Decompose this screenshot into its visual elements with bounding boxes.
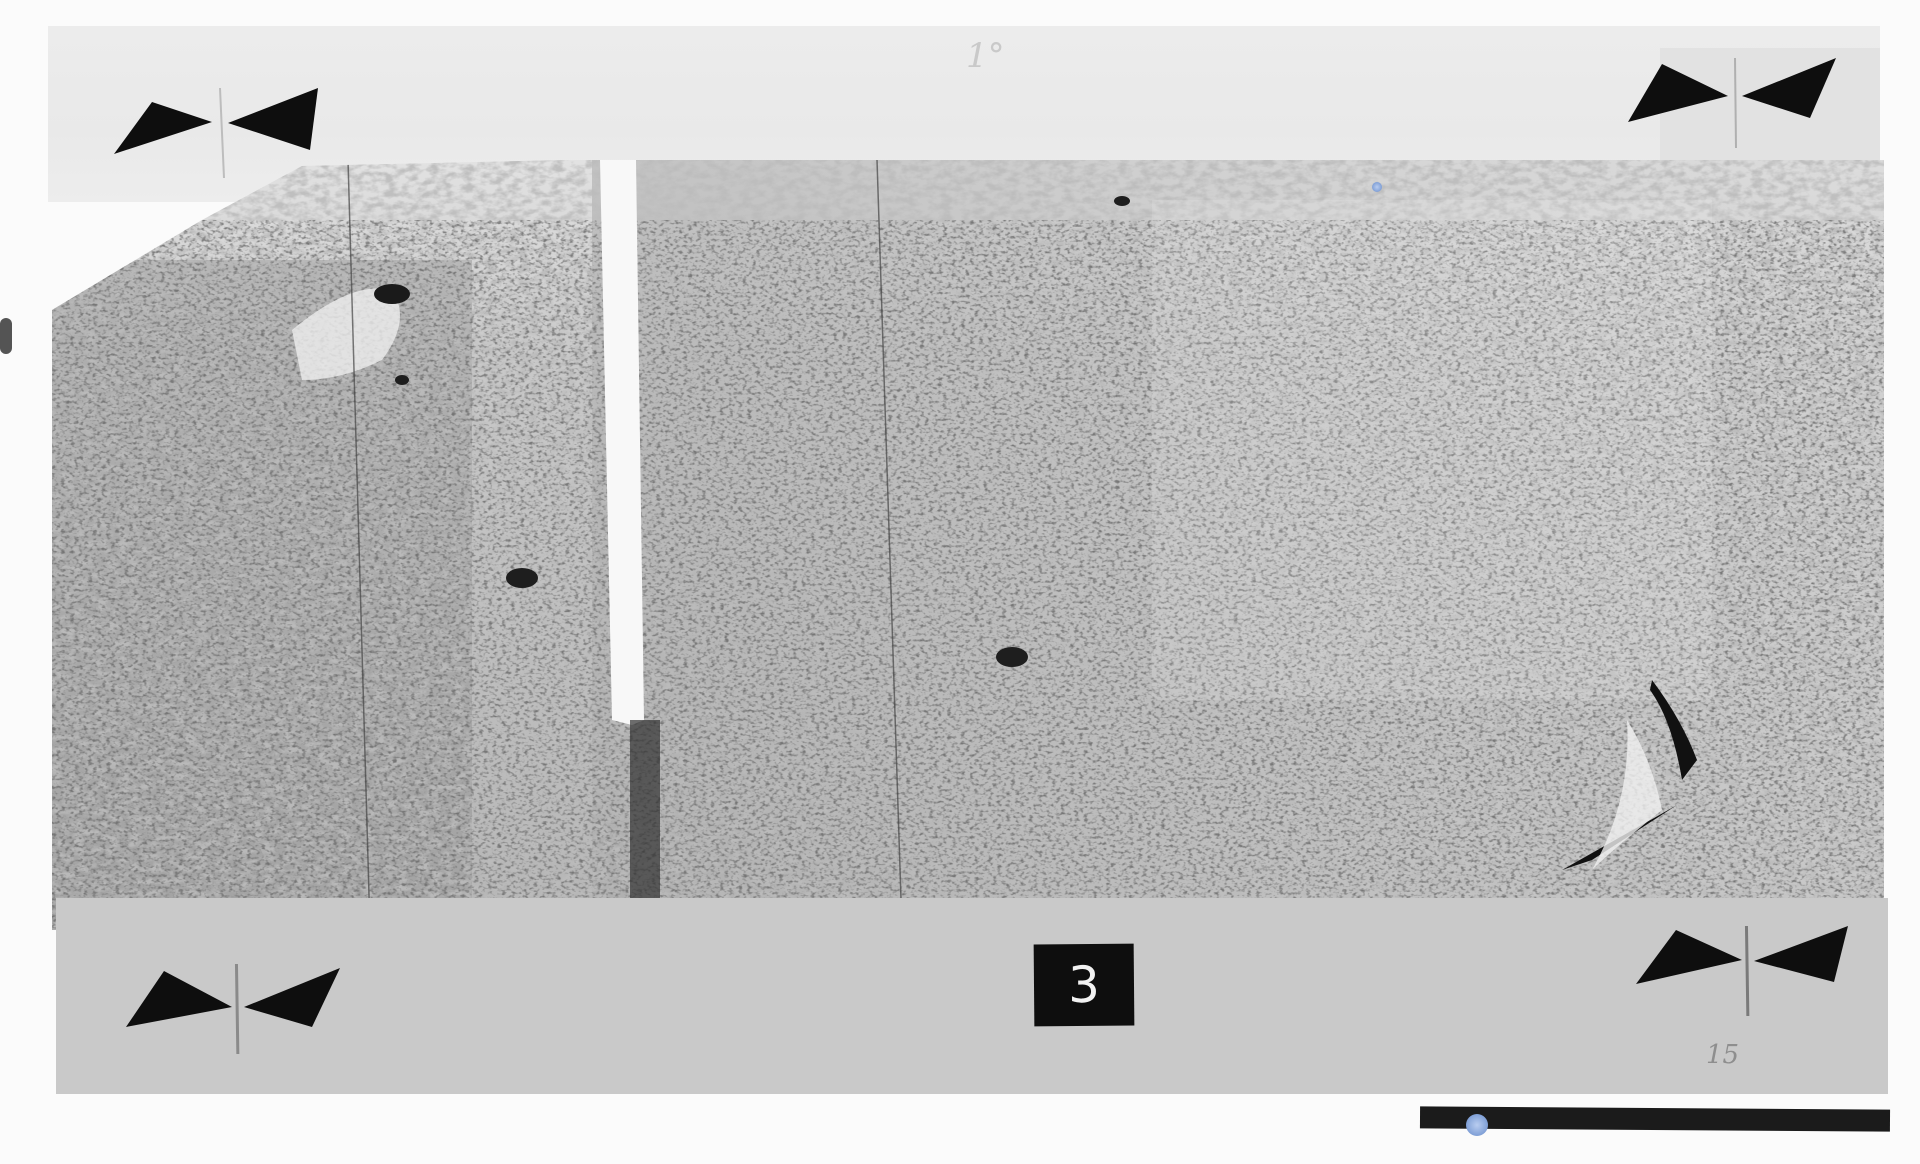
blue-artifact-spot [1372,182,1382,192]
blue-artifact-spot [1466,1114,1488,1136]
bow-tie-icon [1628,58,1848,148]
bow-tie-icon [112,88,332,178]
panel-number-label: 3 [1034,944,1135,1027]
fiducial-marker-bottom-right [1636,926,1856,1016]
fiducial-marker-top-right [1628,58,1848,148]
pencil-mark-top: 1° [966,36,1005,76]
lunar-surface-panorama [52,160,1884,930]
edge-speck [0,318,12,354]
bow-tie-icon [1636,926,1856,1016]
bow-tie-icon [126,964,346,1054]
fiducial-marker-top-left [112,88,332,178]
bottom-film-edge [1420,1106,1890,1131]
fiducial-marker-bottom-left [126,964,346,1054]
pencil-mark-bottom: 15 [1706,1040,1739,1070]
